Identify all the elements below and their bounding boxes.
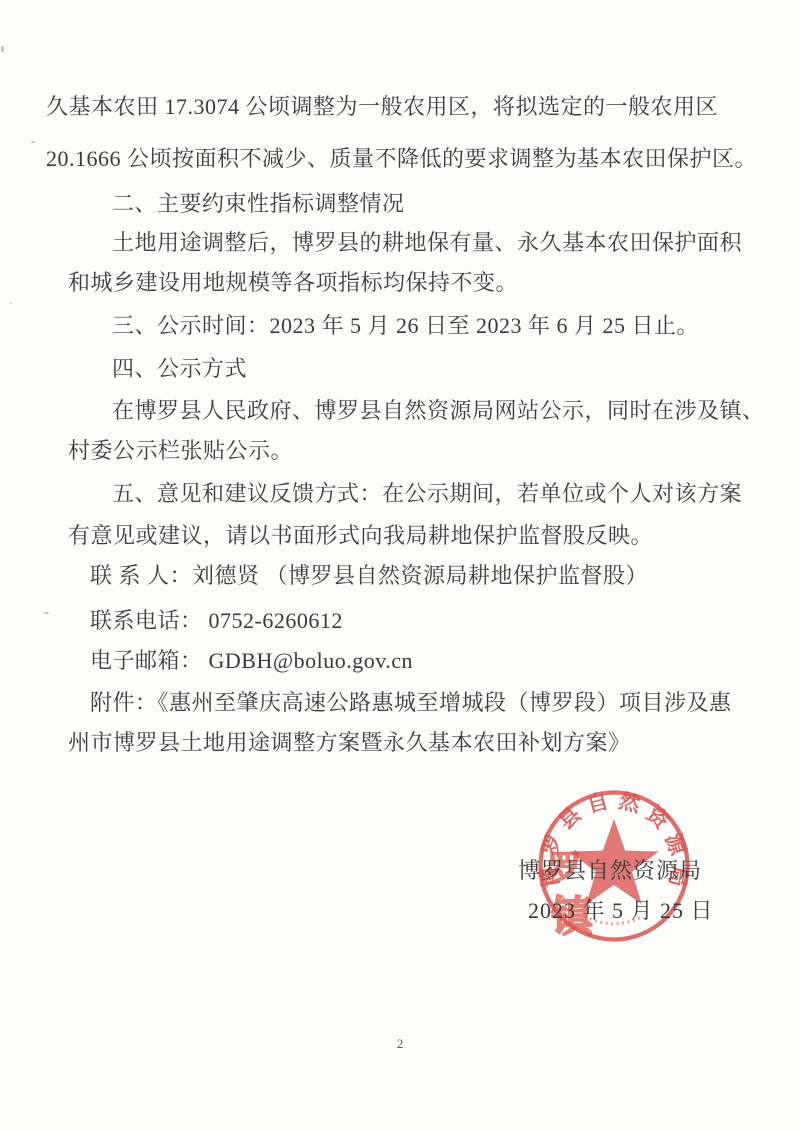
- document-line: 有意见或建议，请以书面形式向我局耕地保护监督股反映。: [68, 524, 653, 548]
- document-line: 久基本农田 17.3074 公顷调整为一般农用区，将拟选定的一般农用区: [46, 95, 718, 119]
- attachment-line: 附件：《惠州至肇庆高速公路惠城至增城段（博罗段）项目涉及惠: [90, 691, 732, 715]
- section-heading: 二、主要约束性指标调整情况: [112, 192, 405, 216]
- contact-person-line: 联 系 人：刘德贤 （博罗县自然资源局耕地保护监督股）: [90, 564, 648, 588]
- scan-speck: [31, 141, 35, 143]
- section-heading: 五、意见和建议反馈方式：在公示期间，若单位或个人对该方案: [112, 482, 742, 506]
- signature-date: 2023 年 5 月 25 日: [528, 898, 714, 924]
- document-line: 村委公示栏张贴公示。: [68, 439, 293, 463]
- document-line: 土地用途调整后，博罗县的耕地保有量、永久基本农田保护面积: [112, 231, 742, 255]
- scan-speck: [1, 46, 4, 52]
- scan-speck: [44, 612, 49, 614]
- signature-agency: 博罗县自然资源局: [518, 858, 702, 884]
- document-page: 久基本农田 17.3074 公顷调整为一般农用区，将拟选定的一般农用区 20.1…: [0, 0, 800, 1131]
- scan-speck: [10, 302, 12, 304]
- document-line: 在博罗县人民政府、博罗县自然资源局网站公示，同时在涉及镇、: [112, 399, 765, 423]
- contact-email-line: 电子邮箱： GDBH@boluo.gov.cn: [90, 649, 413, 673]
- page-number: 2: [0, 1036, 800, 1052]
- document-line: 和城乡建设用地规模等各项指标均保持不变。: [68, 271, 518, 295]
- section-heading: 四、公示方式: [112, 357, 247, 381]
- contact-phone-line: 联系电话： 0752-6260612: [90, 609, 343, 633]
- section-heading: 三、公示时间：2023 年 5 月 26 日至 2023 年 6 月 25 日止…: [112, 314, 699, 338]
- document-line: 20.1666 公顷按面积不减少、质量不降低的要求调整为基本农田保护区。: [46, 147, 757, 171]
- attachment-line: 州市博罗县土地用途调整方案暨永久基本农田补划方案》: [68, 731, 631, 755]
